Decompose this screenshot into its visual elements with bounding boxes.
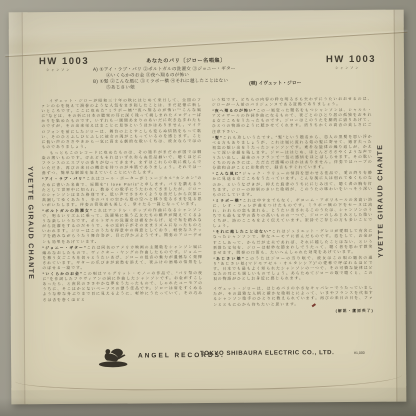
liner-section: “ポルトガルの洗濯女”これはアンドレ・ポップの作曲になるシャンソンで、明るいリズ…: [42, 208, 203, 245]
song-section-text: これも珍しいうたです。“髪”という題名から、恋人の黒髪を思い浮かべる方もありまし…: [212, 135, 373, 171]
liner-section: “アイ・ラブ・パリ”これはコール・ポーターがミュージカル“カンカン”のために書い…: [42, 176, 203, 208]
vocal-credit: (唄) イヴェット・ジロー: [249, 79, 301, 86]
song-section-title: “ミラボー橋”: [212, 199, 242, 203]
format-label-left: シャンソン: [46, 68, 71, 73]
liner-section: “こんな風に”ジャック・ラリューの情詩を思わせる佳品で、愛の終りを静かに見送る女…: [212, 171, 373, 198]
liner-section: “夜へ翔るのが怖い”この一風変った題名をもつシャンソンは、シャルル・アズナヴール…: [212, 108, 373, 135]
liner-notes-left-column: イヴェット・ジローが昭和三十年の秋にはじめて来日して、全国のファンの心を捉えて渦…: [41, 98, 203, 352]
liner-section: “髪”これも珍しいうたです。“髪”という題名から、恋人の黒髪を思い浮かべる方もあ…: [212, 135, 373, 172]
liner-notes-right-column: いう程です。どちらの内容の粋な明るさも失わずにうたいおおせるのは、ジローが一人前…: [212, 97, 374, 351]
song-section-title: “アイ・ラブ・パリ”: [42, 177, 86, 181]
spine-text-right: YVETTE GIRAUD CHANTE: [377, 144, 385, 258]
publisher-name: TOKYO SHIBAURA ELECTRIC CO., LTD.: [200, 350, 334, 357]
record-sleeve-back: HW 1003 シャンソン HW 1003 シャンソン あなたのパリ〔ジロー名唱…: [9, 10, 407, 405]
catalog-number-right: HW 1003: [326, 54, 376, 65]
catalog-number-left: HW 1003: [39, 56, 89, 67]
liner-section: “それに越したことはない”これはジュリエット・グレコが愛唱して有名になったシャン…: [213, 229, 374, 256]
commentary-credit: (解説・蘆原英了): [213, 308, 374, 314]
angel-records-logo-icon: [95, 346, 133, 369]
song-section-title: “ジョニー・ギター”: [42, 245, 87, 249]
photo-backdrop: HW 1003 シャンソン HW 1003 シャンソン あなたのパリ〔ジロー名唱…: [0, 0, 416, 416]
song-section-text: これはアンドレ・ポップの作曲になるシャンソンで、明るいリズムに乗って、洗濯場に集…: [42, 208, 203, 244]
liner-section: “あじさい娘”このうたはジローの当り唄で、彼女はこの唄の題名の通り“あじさい娘(…: [213, 256, 374, 283]
bottom-flap-shade: [11, 388, 406, 405]
intro-paragraph: イヴェット・ジローが昭和三十年の秋にはじめて来日して、全国のファンの心を捉えて渦…: [41, 98, 202, 150]
right-edge-fold: [394, 10, 407, 402]
song-section-title: “こんな風に”: [212, 172, 242, 176]
album-title: あなたのパリ〔ジロー名唱集〕: [93, 56, 279, 64]
song-section-title: “夜へ翔るのが怖い”: [212, 109, 257, 113]
liner-section: “いくらかのお金”この唄はマルグリット・モノーの作品で、“パリ祭の夜に”を作詞し…: [42, 271, 203, 303]
bottom-flap-seam: [15, 362, 402, 392]
liner-section: “ジョニー・ギター”これは同名のアメリカ映画の主題歌をシャンソン風に編みなおした…: [42, 245, 203, 272]
intro-paragraph: もっともこのレコードに収めたものは、その過半がまだわが国では馴染の薄いものです。…: [42, 150, 203, 177]
song-section-title: “いくらかのお金”: [42, 272, 82, 276]
left-spine-fold: [9, 12, 26, 404]
closing-paragraph: イヴェット・ジローは、はじめパリの小さなキャバレーでうたっていましたが、その温雅…: [213, 286, 374, 307]
format-label-right: シャンソン: [335, 66, 360, 71]
column-lead-text: いう程です。どちらの内容の粋な明るさも失わずにうたいおおせるのは、ジローが一人前…: [212, 97, 373, 108]
price-marking: ¥1,000: [354, 351, 365, 355]
liner-section: “ミラボー橋”これは申すまでもなく、ギヨーム・アポリネールの名高い詩に、レオ・フ…: [212, 198, 373, 230]
song-section-title: “髪”: [212, 136, 223, 140]
paper-sheen: [9, 10, 404, 53]
liner-notes: イヴェット・ジローが昭和三十年の秋にはじめて来日して、全国のファンの心を捉えて渦…: [41, 97, 374, 352]
spine-text-left: YVETTE GIRAUD CHANTE: [26, 166, 34, 280]
song-section-title: “あじさい娘”: [213, 257, 245, 261]
song-section-title: “ポルトガルの洗濯女”: [42, 209, 93, 213]
